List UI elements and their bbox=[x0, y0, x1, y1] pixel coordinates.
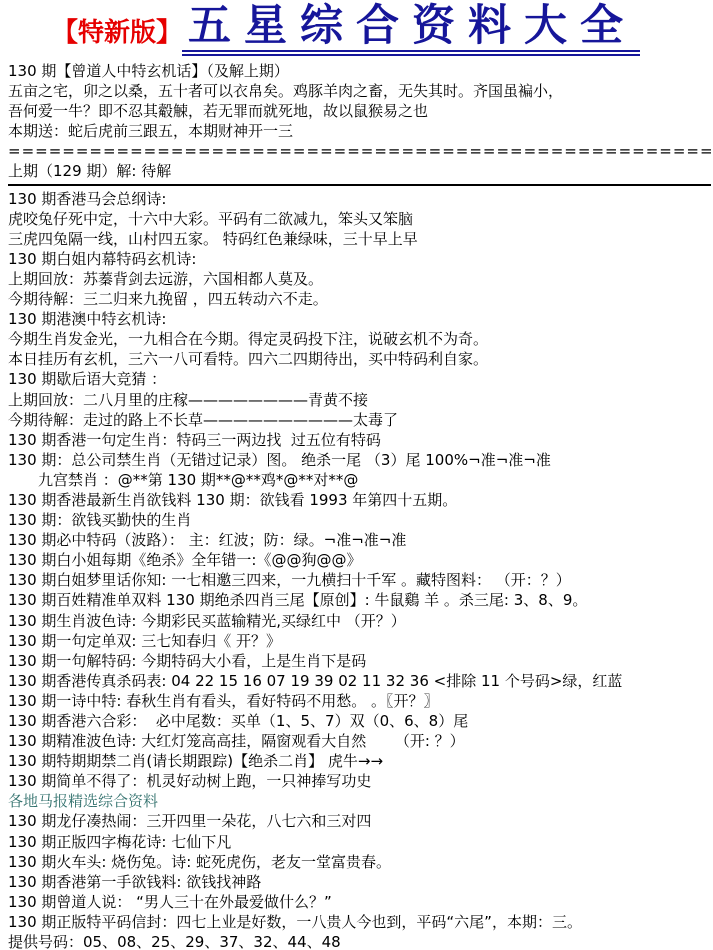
verse-line: 本期送：蛇后虎前三跟五，本期财神开一三 bbox=[8, 121, 711, 141]
verse-line: 虎咬兔仔死中定，十六中大彩。平码有二欲减九，笨头又笨脑 bbox=[8, 209, 711, 229]
content-area: 130 期【曾道人中特玄机话】（及解上期） 五亩之宅，卯之以桑，五十者可以衣帛矣… bbox=[0, 58, 713, 950]
jiugong-jinxiao-line: 九宫禁肖 ：@**第 130 期**@**鸡*@**对**@ bbox=[8, 470, 711, 490]
text-line: 130 期香港六合彩： 必中尾数：买单（1、5、7）双（0、6、8）尾 bbox=[8, 711, 711, 731]
text-line: 130 期白小姐每期《绝杀》全年错一:《@@狗@@》 bbox=[8, 550, 711, 570]
text-line: 130 期百姓精准单双料 130 期绝杀四肖三尾【原创】: 牛鼠鷄 羊 。杀三尾… bbox=[8, 590, 711, 610]
text-line: 130 期香港最新生肖欲钱料 130 期：欲钱看 1993 年第四十五期。 bbox=[8, 490, 711, 510]
equals-separator: ========================================… bbox=[8, 141, 711, 161]
text-line: 130 期一句定单双: 三七知春归《 开？》 bbox=[8, 631, 711, 651]
text-line: 130 期特期期禁二肖(请长期跟踪)【绝杀二肖】 虎牛→→ bbox=[8, 751, 711, 771]
text-line: 130 期香港一句定生肖：特码三一两边找 过五位有特码 bbox=[8, 430, 711, 450]
regional-section-heading: 各地马报精选综合资料 bbox=[8, 791, 711, 811]
text-line: 130 期：欲钱买勤快的生肖 bbox=[8, 510, 711, 530]
text-line: 130 期龙仔凑热闹：三开四里一朵花，八七六和三对四 bbox=[8, 811, 711, 831]
text-line: 130 期生肖波色诗: 今期彩民买蓝输精光,买绿红中 （开？） bbox=[8, 611, 711, 631]
verse-line: 五亩之宅，卯之以桑，五十者可以衣帛矣。鸡豚羊肉之畜，无失其时。齐国虽褊小， bbox=[8, 81, 711, 101]
text-line: 130 期曾道人说： “男人三十在外最爱做什么？” bbox=[8, 892, 711, 912]
text-line: 130 期精准波色诗: 大红灯笼高高挂，隔窗观看大自然 （开: ？） bbox=[8, 731, 711, 751]
verse-line: 上期回放：二八月里的庄稼————————青黄不接 bbox=[8, 390, 711, 410]
section-heading-line: 130 期歇后语大竞猜 ： bbox=[8, 369, 711, 389]
text-line: 130 期：总公司禁生肖（无错过记录）图。 绝杀一尾 （3）尾 100%¬准¬准… bbox=[8, 450, 711, 470]
text-line: 130 期正版四字梅花诗: 七仙下凡 bbox=[8, 832, 711, 852]
verse-line: 今期待解：走过的路上不长草——————————太毒了 bbox=[8, 410, 711, 430]
previous-issue-line: 上期（129 期）解: 待解 bbox=[8, 161, 711, 181]
section-divider-line bbox=[8, 184, 711, 186]
verse-line: 吾何爱一牛？即不忍其觳觫，若无罪而就死地，故以鼠猴易之也 bbox=[8, 101, 711, 121]
verse-line: 本日挂历有玄机，三六一八可看特。四六二四期待出，买中特码利自家。 bbox=[8, 349, 711, 369]
text-line: 130 期必中特码（波路）： 主：红波；防：绿。¬准¬准¬准 bbox=[8, 530, 711, 550]
text-line: 130 期简单不得了：机灵好动树上跑，一只神捧写功史 bbox=[8, 771, 711, 791]
page-title: 五星综合资料大全 bbox=[182, 5, 640, 56]
section-heading-line: 130 期港澳中特玄机诗: bbox=[8, 309, 711, 329]
text-line: 130 期正版特平码信封：四七上业是好数，一八贵人今也到，平码“六尾”，本期：三… bbox=[8, 912, 711, 932]
kill-numbers-line: 130 期香港传真杀码表: 04 22 15 16 07 19 39 02 11… bbox=[8, 671, 711, 691]
text-line: 130 期火车头: 烧伤兔。诗: 蛇死虎伤，老友一堂富贵春。 bbox=[8, 852, 711, 872]
section-heading-line: 130 期白姐内幕特码玄机诗: bbox=[8, 249, 711, 269]
section-heading-line: 130 期香港马会总纲诗: bbox=[8, 189, 711, 209]
verse-line: 今期生肖发金光，一九相合在今期。得定灵码投下注，说破玄机不为奇。 bbox=[8, 329, 711, 349]
verse-line: 上期回放：苏蓁背剑去远游，六国相都人莫及。 bbox=[8, 269, 711, 289]
lottery-info-sheet: 【特新版】 五星综合资料大全 130 期【曾道人中特玄机话】（及解上期） 五亩之… bbox=[0, 0, 713, 950]
text-line: 130 期一诗中特: 春秋生肖有看头，看好特码不用愁。 。〖开？〗 bbox=[8, 691, 711, 711]
verse-line: 三虎四兔隔一线，山村四五家。 特码红色兼绿味，三十早上早 bbox=[8, 229, 711, 249]
verse-line: 今期待解：三二归来九挽留 ，四五转动六不走。 bbox=[8, 289, 711, 309]
provided-numbers-line: 提供号码：05、08、25、29、37、32、44、48 bbox=[8, 932, 711, 950]
edition-badge: 【特新版】 bbox=[52, 12, 182, 49]
text-line: 130 期香港第一手欲钱料: 欲钱找神路 bbox=[8, 872, 711, 892]
text-line: 130 期一句解特码: 今期特码大小看，上是生肖下是码 bbox=[8, 651, 711, 671]
text-line: 130 期白姐梦里话你知: 一七相邀三四来，一九横扫十千军 。藏特图料： （开：… bbox=[8, 570, 711, 590]
page-header: 【特新版】 五星综合资料大全 bbox=[0, 0, 713, 58]
zengdaoren-heading-line: 130 期【曾道人中特玄机话】（及解上期） bbox=[8, 61, 711, 81]
